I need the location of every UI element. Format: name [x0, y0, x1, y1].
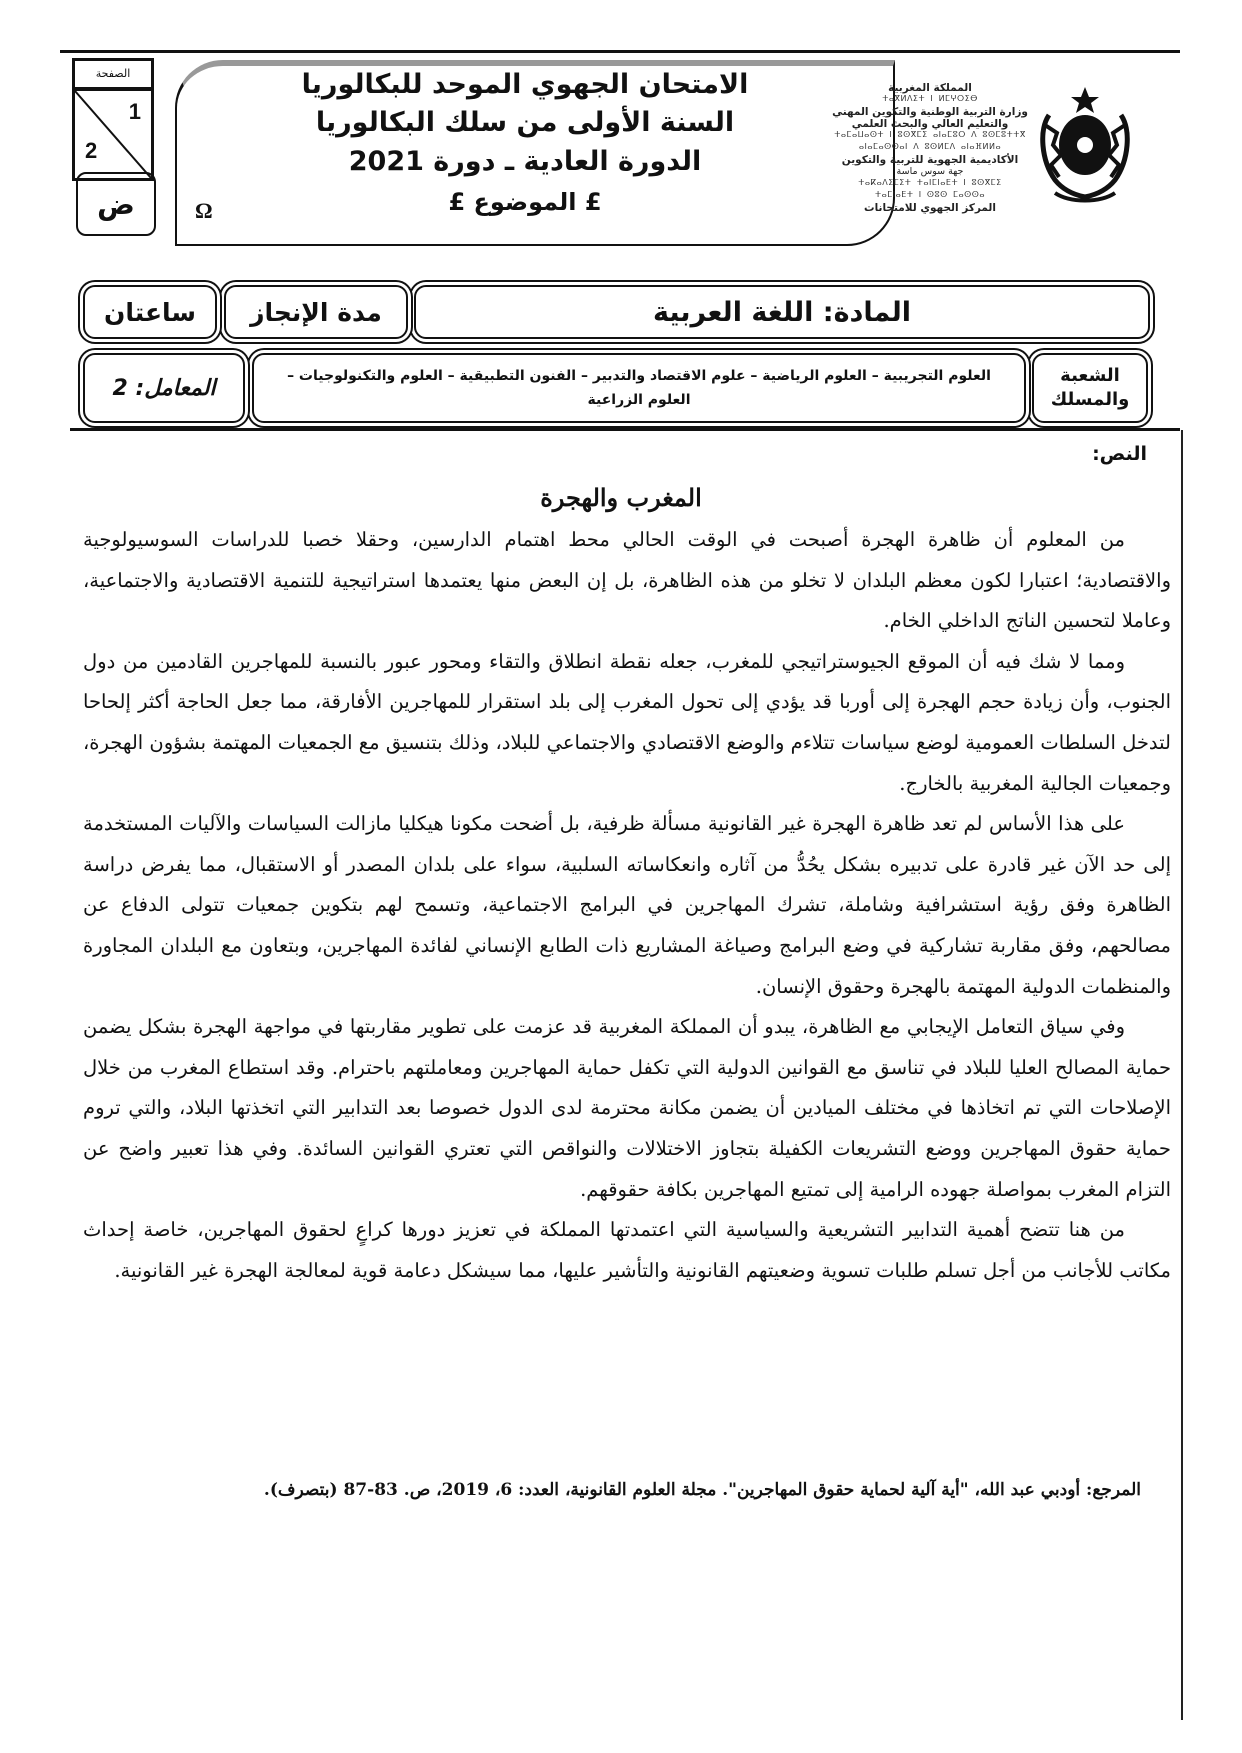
page-total: 2	[85, 138, 97, 164]
exam-title-line-1: الامتحان الجهوي الموحد للبكالوريا	[195, 66, 855, 104]
tracks-line-1: العلوم التجريبية – العلوم الرياضية – علو…	[287, 364, 991, 388]
ministry-line: الأكاديمية الجهوية للتربية والتكوين	[830, 154, 1030, 166]
duration-value: ساعتان	[104, 298, 196, 327]
exam-title-line-2: السنة الأولى من سلك البكالوريا	[195, 104, 855, 142]
duration-label: مدة الإنجاز	[250, 298, 382, 327]
track-label-box: الشعبة والمسلك	[1032, 353, 1148, 423]
coefficient-value: المعامل: 2	[112, 376, 215, 401]
paragraph-3: على هذا الأساس لم تعد ظاهرة الهجرة غير ا…	[83, 804, 1171, 1007]
subject-box: المادة: اللغة العربية	[414, 285, 1150, 339]
ministry-line: ⴰⵏⴰⵎⴰⵙⵙⴰⵏ ⴷ ⵓⵙⵍⵎⴷ ⴰⵏⴰⴼⵍⵍⴰ	[830, 142, 1030, 154]
ministry-line: جهة سوس ماسة	[830, 166, 1030, 178]
exam-title: الامتحان الجهوي الموحد للبكالوريا السنة …	[195, 66, 855, 222]
top-rule	[60, 50, 1180, 53]
reference-citation: المرجع: أودبي عبد الله، "أية آلية لحماية…	[83, 1480, 1141, 1500]
duration-box: ساعتان	[83, 285, 217, 339]
ministry-line: المملكة المغربية	[830, 82, 1030, 94]
track-label-line-1: الشعبة	[1060, 364, 1120, 388]
track-label-line-2: والمسلك	[1051, 388, 1130, 412]
ministry-line: ⵜⴰⴽⴰⴷⵉⵎⵉⵜ ⵜⴰⵏⵎⵏⴰⴹⵜ ⵏ ⵓⵙⴳⵎⵉ	[830, 178, 1030, 190]
text-body: من المعلوم أن ظاهرة الهجرة أصبحت في الوق…	[83, 520, 1171, 1291]
exam-session: الدورة العادية ـ دورة 2021	[195, 142, 855, 182]
header-separator	[70, 428, 1180, 431]
text-section-label: النص:	[1092, 443, 1147, 465]
tracks-line-2: العلوم الزراعية	[588, 388, 691, 412]
ministry-line: المركز الجهوي للامتحانات	[830, 202, 1030, 214]
page-number-box: الصفحة 1 2	[72, 58, 154, 181]
page-label: الصفحة	[75, 61, 151, 91]
exam-subject-marker: £ الموضوع £	[195, 182, 855, 222]
tracks-box: العلوم التجريبية – العلوم الرياضية – علو…	[252, 353, 1026, 423]
omega-symbol: Ω	[195, 198, 213, 224]
exam-code: ض	[97, 188, 135, 221]
text-title: المغرب والهجرة	[0, 483, 1242, 512]
paragraph-2: ومما لا شك فيه أن الموقع الجيوستراتيجي ل…	[83, 642, 1171, 804]
paragraph-4: وفي سياق التعامل الإيجابي مع الظاهرة، يب…	[83, 1007, 1171, 1210]
ministry-line: ⵜⴰⴳⵍⴷⵉⵜ ⵏ ⵍⵎⵖⵔⵉⴱ	[830, 94, 1030, 106]
page-current: 1	[129, 99, 141, 125]
ministry-line: والتعليم العالي والبحث العلمي	[830, 118, 1030, 130]
ministry-line: ⵜⴰⵎⵏⴰⴹⵜ ⵏ ⵙⵓⵙ ⵎⴰⵙⵙⴰ	[830, 190, 1030, 202]
subject-label: المادة: اللغة العربية	[653, 297, 911, 328]
paragraph-5: من هنا تتضح أهمية التدابير التشريعية وال…	[83, 1210, 1171, 1291]
coefficient-box: المعامل: 2	[83, 353, 245, 423]
coat-of-arms-icon	[1035, 85, 1135, 210]
ministry-block: المملكة المغربية ⵜⴰⴳⵍⴷⵉⵜ ⵏ ⵍⵎⵖⵔⵉⴱ وزارة …	[830, 82, 1030, 214]
paragraph-1: من المعلوم أن ظاهرة الهجرة أصبحت في الوق…	[83, 520, 1171, 642]
margin-rule	[1181, 430, 1183, 1720]
duration-label-box: مدة الإنجاز	[224, 285, 408, 339]
page-fraction: 1 2	[75, 91, 151, 178]
exam-code-box: ض	[76, 172, 156, 236]
ministry-line: ⵜⴰⵎⴰⵡⴰⵙⵜ ⵏ ⵓⵙⴳⵎⵉ ⴰⵏⴰⵎⵓⵔ ⴷ ⵓⵙⵎⵓⵜⵜⴳ	[830, 130, 1030, 142]
ministry-line: وزارة التربية الوطنية والتكوين المهني	[830, 106, 1030, 118]
